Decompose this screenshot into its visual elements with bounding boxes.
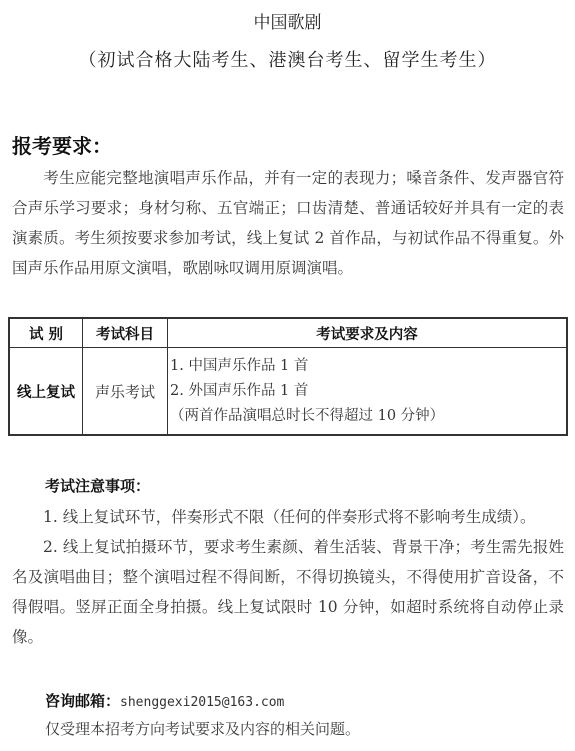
content-line: 2. 外国声乐作品 1 首 <box>170 379 566 404</box>
page-subtitle: （初试合格大陆考生、港澳台考生、留学生考生） <box>0 46 575 72</box>
table-row: 线上复试 声乐考试 1. 中国声乐作品 1 首 2. 外国声乐作品 1 首 （两… <box>9 348 567 436</box>
requirements-paragraph: 考生应能完整地演唱声乐作品，并有一定的表现力；嗓音条件、发声器官符合声乐学习要求… <box>12 163 564 283</box>
header-stage: 试 别 <box>9 318 83 348</box>
content-line: 1. 中国声乐作品 1 首 <box>170 354 566 379</box>
contact-email[interactable]: shenggexi2015@163.com <box>120 695 284 710</box>
notes-list: 1. 线上复试环节，伴奏形式不限（任何的伴奏形式将不影响考生成绩）。 2. 线上… <box>12 502 564 652</box>
header-subject: 考试科目 <box>83 318 168 348</box>
note-item: 1. 线上复试环节，伴奏形式不限（任何的伴奏形式将不影响考生成绩）。 <box>12 502 564 532</box>
header-content: 考试要求及内容 <box>168 318 568 348</box>
requirements-heading: 报考要求： <box>12 130 112 159</box>
requirements-text: 考生应能完整地演唱声乐作品，并有一定的表现力；嗓音条件、发声器官符合声乐学习要求… <box>12 169 564 277</box>
table-header-row: 试 别 考试科目 考试要求及内容 <box>9 318 567 348</box>
contact-note: 仅受理本招考方向考试要求及内容的相关问题。 <box>45 718 360 739</box>
exam-table: 试 别 考试科目 考试要求及内容 线上复试 声乐考试 1. 中国声乐作品 1 首… <box>8 317 568 436</box>
contact-line: 咨询邮箱：shenggexi2015@163.com <box>45 690 284 711</box>
notes-heading: 考试注意事项： <box>45 475 150 496</box>
contact-label: 咨询邮箱： <box>45 692 120 710</box>
cell-content: 1. 中国声乐作品 1 首 2. 外国声乐作品 1 首 （两首作品演唱总时长不得… <box>168 348 568 436</box>
content-line: （两首作品演唱总时长不得超过 10 分钟） <box>170 404 566 429</box>
page-title: 中国歌剧 <box>0 8 575 33</box>
cell-stage: 线上复试 <box>9 348 83 436</box>
note-item: 2. 线上复试拍摄环节，要求考生素颜、着生活装、背景干净；考生需先报姓名及演唱曲… <box>12 532 564 652</box>
cell-subject: 声乐考试 <box>83 348 168 436</box>
